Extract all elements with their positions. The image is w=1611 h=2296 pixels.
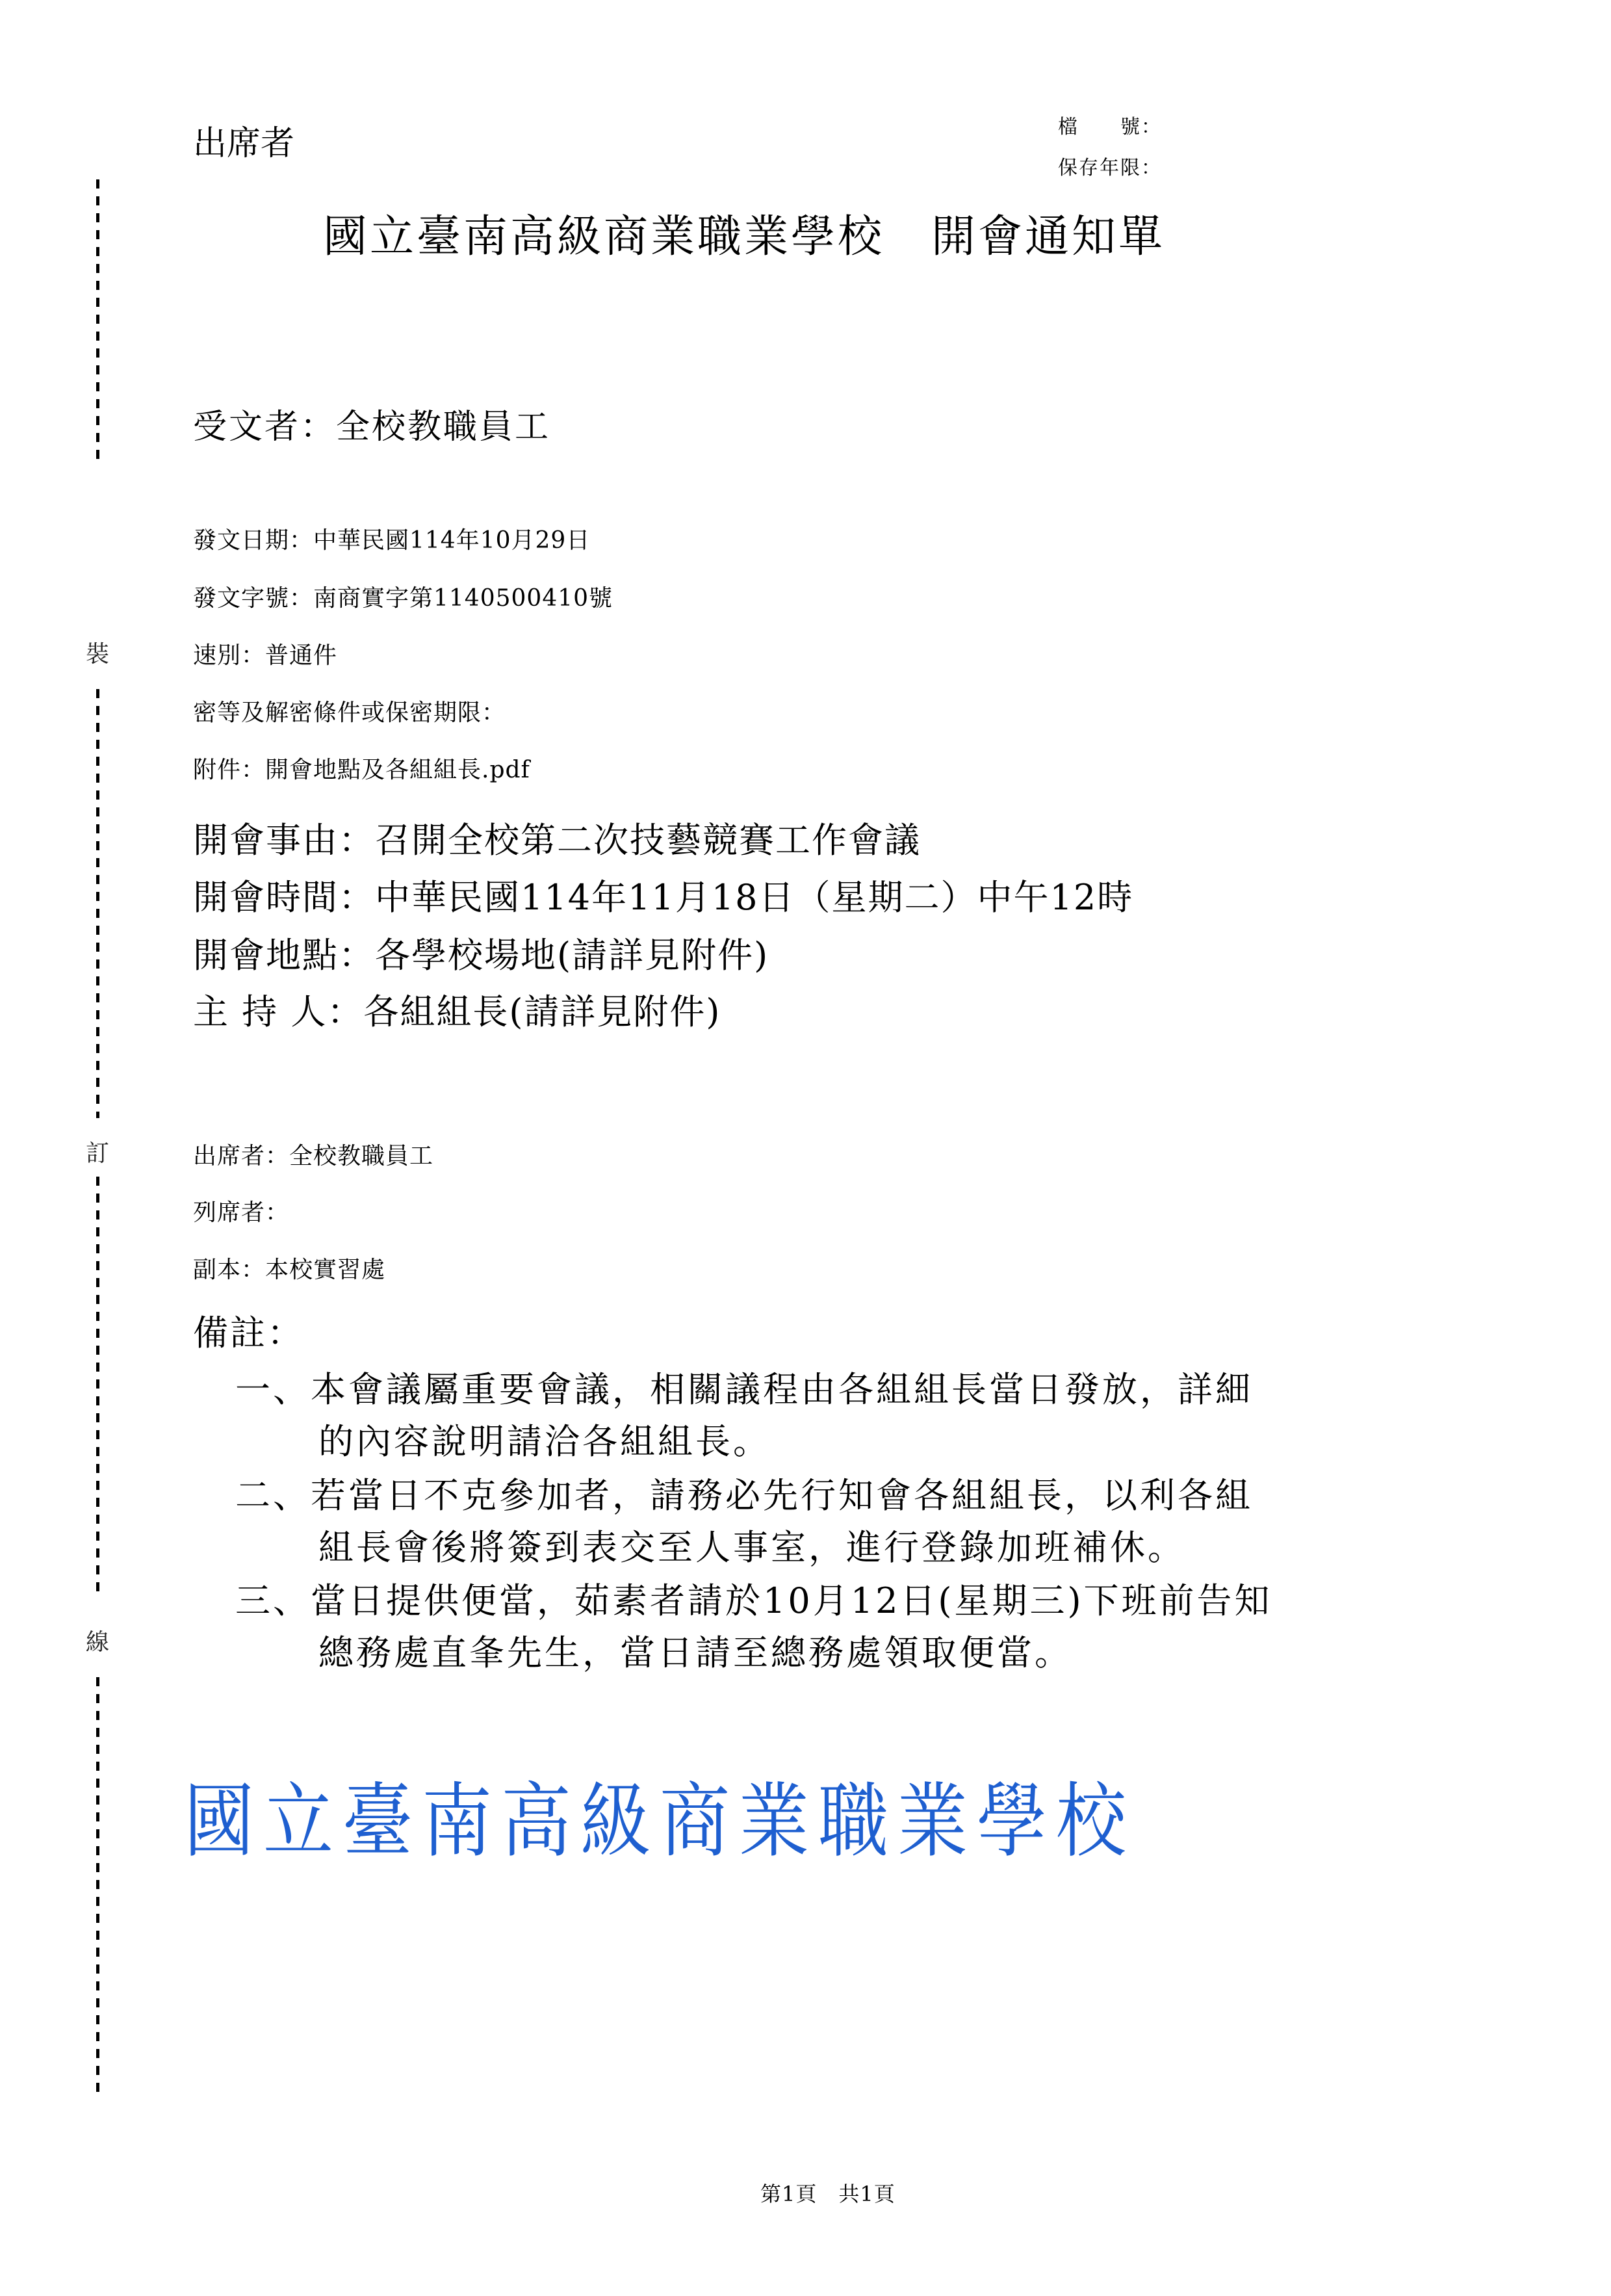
carbon-copy: 副本：本校實習處 — [193, 1251, 385, 1285]
priority: 速別：普通件 — [193, 637, 337, 670]
note-item-1-line-2: 的內容說明請洽各組組長。 — [318, 1414, 771, 1464]
document-title: 國立臺南高級商業職業學校 開會通知單 — [323, 202, 1165, 265]
binding-char-zhuang: 裝 — [83, 640, 112, 669]
issue-number: 發文字號：南商實字第1140500410號 — [193, 580, 613, 613]
retention-period-label: 保存年限： — [1058, 151, 1162, 180]
binding-line-segment — [96, 179, 99, 459]
note-item-3-line-2: 總務處直夆先生，當日請至總務處領取便當。 — [318, 1625, 1072, 1675]
meeting-time: 開會時間：中華民國114年11月18日（星期二）中午12時 — [193, 870, 1133, 920]
note-item-1-line-1: 一、本會議屬重要會議，相關議程由各組組長當日發放，詳細 — [235, 1362, 1253, 1412]
observers: 列席者： — [193, 1194, 289, 1227]
note-item-2-line-1: 二、若當日不克參加者，請務必先行知會各組組長，以利各組 — [235, 1468, 1253, 1518]
binding-line-segment — [96, 689, 99, 1118]
page-number: 第1頁 共1頁 — [760, 2178, 896, 2208]
attendees: 出席者：全校教職員工 — [193, 1138, 433, 1171]
meeting-location: 開會地點：各學校場地(請詳見附件) — [193, 928, 769, 978]
binding-char-xian: 線 — [83, 1628, 112, 1657]
note-item-2-line-2: 組長會後將簽到表交至人事室，進行登錄加班補休。 — [318, 1520, 1185, 1570]
meeting-host: 主 持 人：各組組長(請詳見附件) — [193, 984, 721, 1034]
meeting-reason: 開會事由：召開全校第二次技藝競賽工作會議 — [193, 813, 921, 863]
notes-title: 備註： — [193, 1305, 304, 1355]
school-seal-stamp: 國立臺南高級商業職業學校 — [184, 1756, 1135, 1872]
classification: 密等及解密條件或保密期限： — [193, 694, 506, 727]
issue-date: 發文日期：中華民國114年10月29日 — [193, 522, 590, 555]
binding-line-segment — [96, 1677, 99, 2100]
corner-label: 出席者 — [193, 116, 294, 164]
file-number-label: 檔 號： — [1058, 111, 1162, 139]
attachment: 附件：開會地點及各組組長.pdf — [193, 751, 530, 785]
note-item-3-line-1: 三、當日提供便當，茹素者請於10月12日(星期三)下班前告知 — [235, 1573, 1272, 1623]
binding-char-ding: 訂 — [83, 1140, 112, 1168]
binding-line-segment — [96, 1177, 99, 1599]
recipient: 受文者：全校教職員工 — [193, 399, 550, 448]
